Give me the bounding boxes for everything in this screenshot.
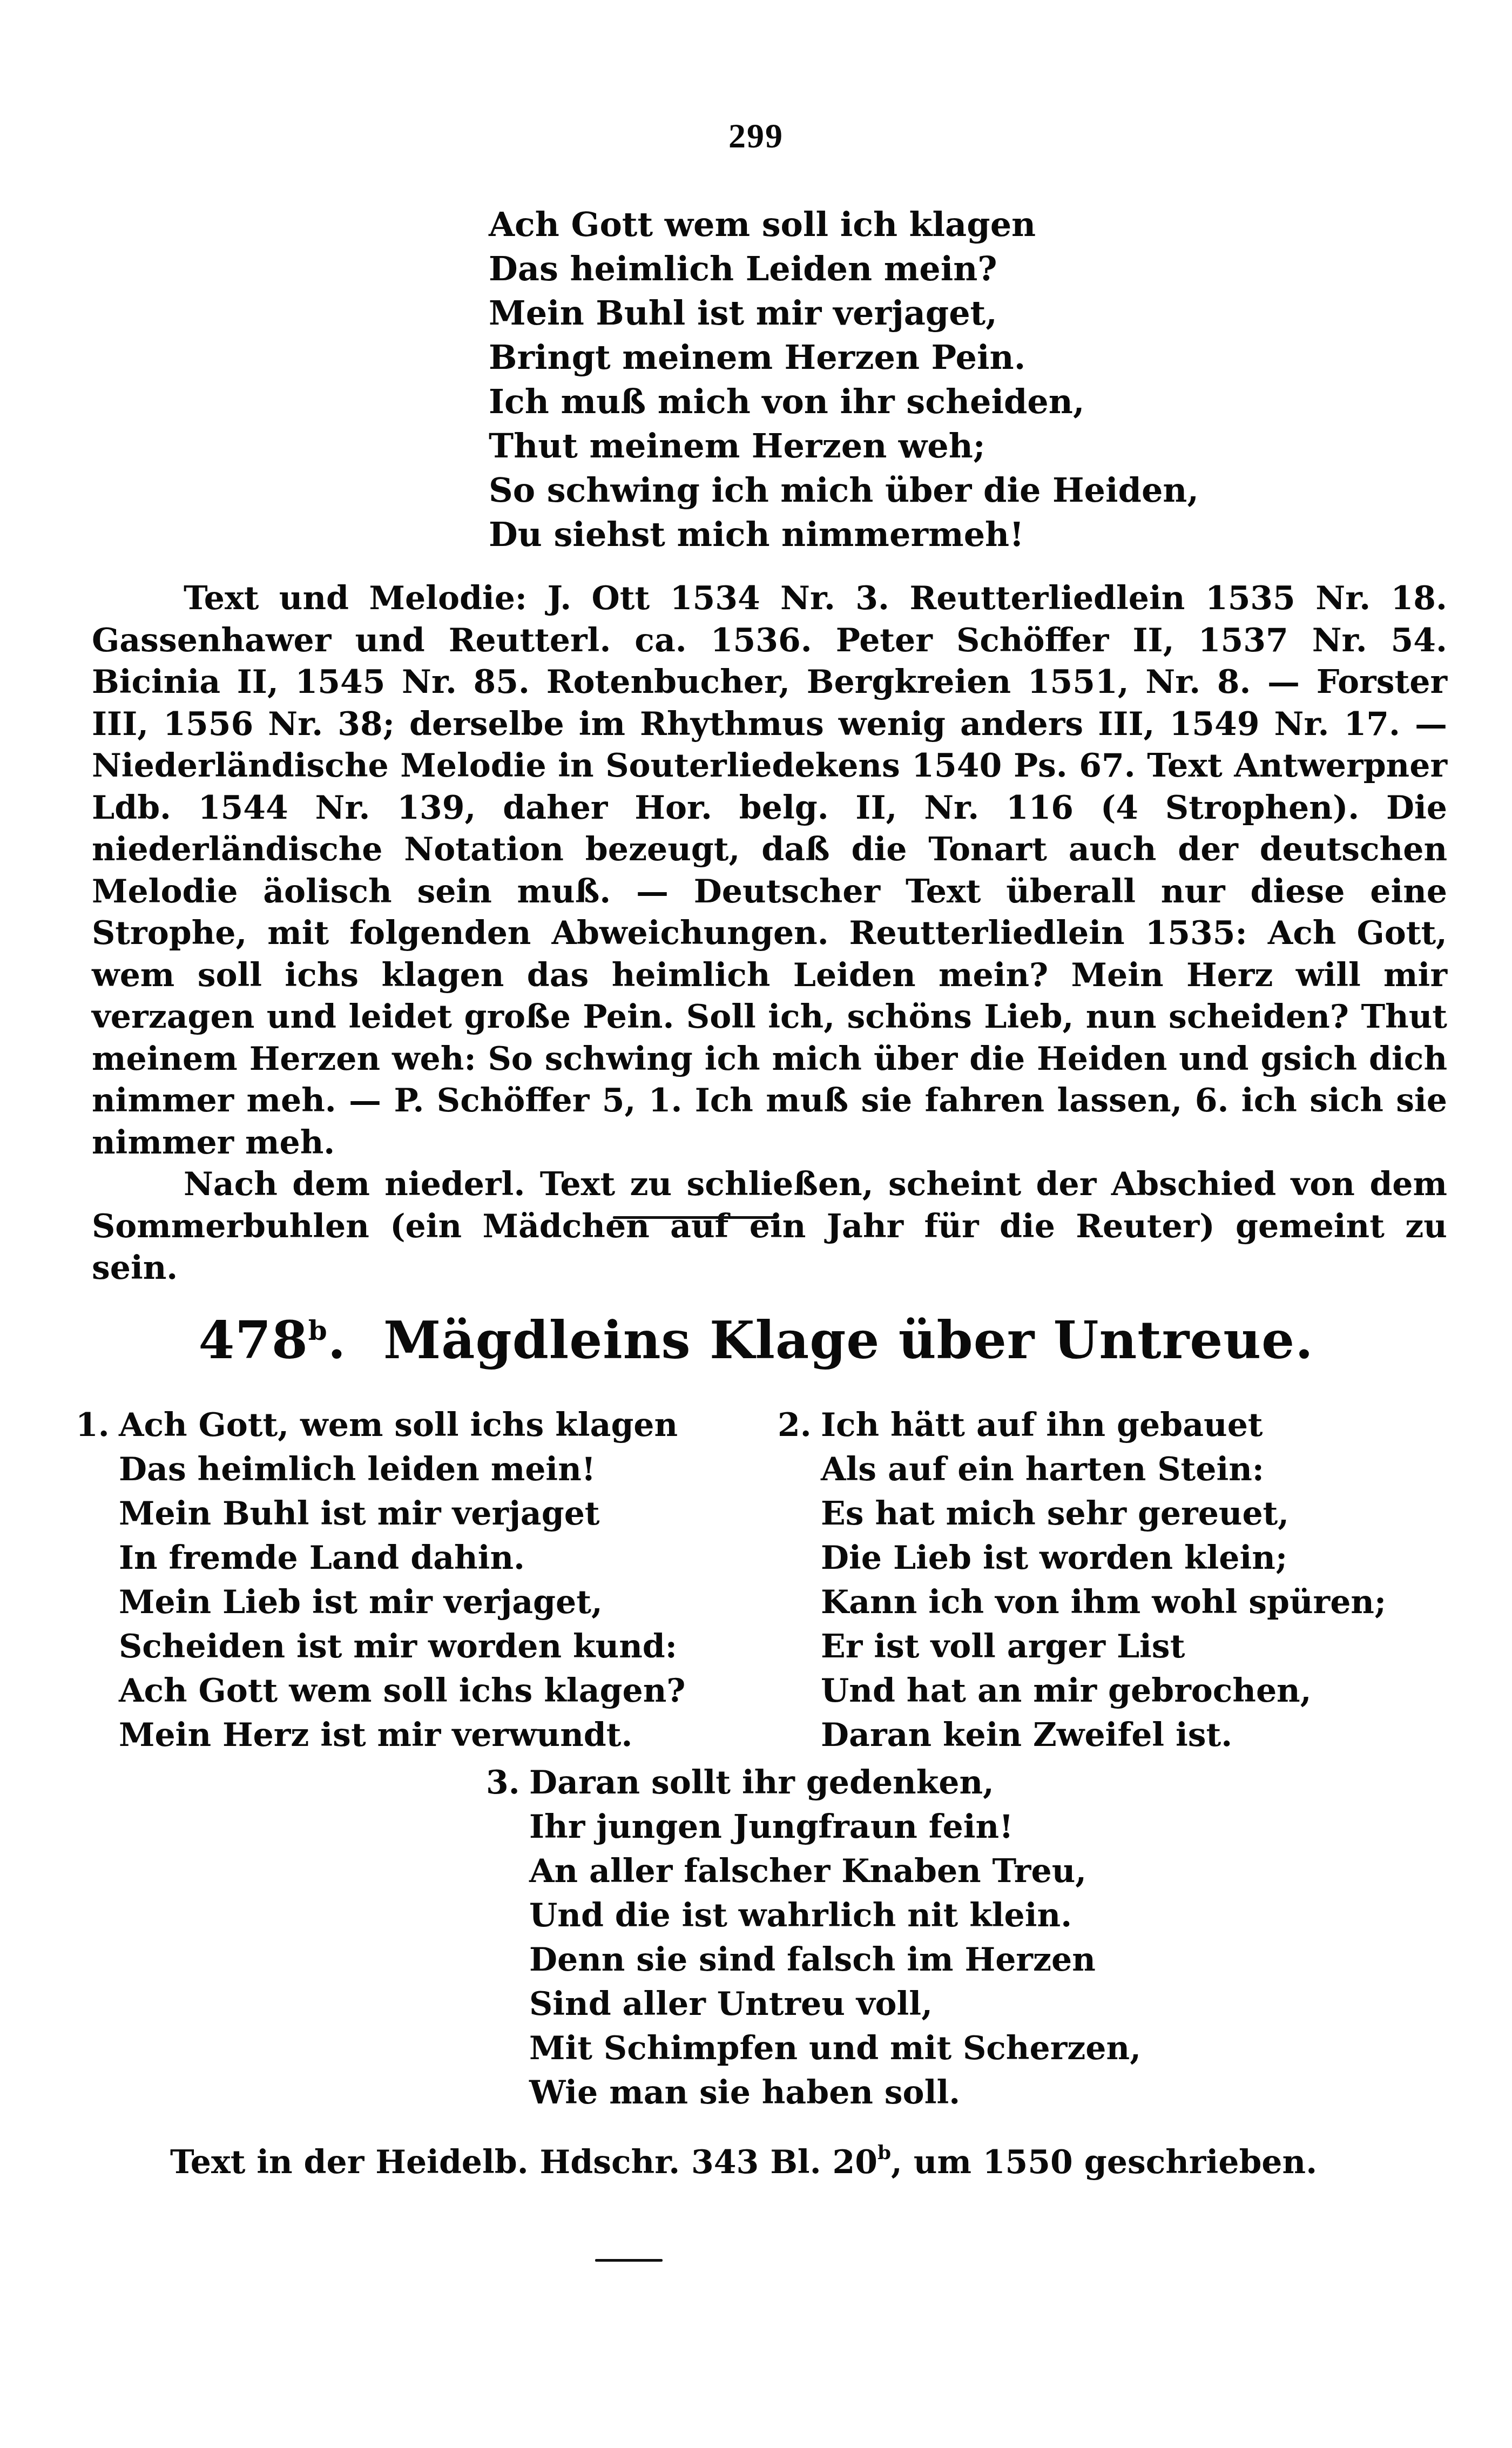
stanza-line: Ach Gott wem soll ichs klagen? — [119, 1669, 685, 1713]
stanza-line: Und die ist wahrlich nit klein. — [529, 1893, 1141, 1938]
stanza-line: Wie man sie haben soll. — [529, 2071, 1141, 2115]
stanza-line: Mein Buhl ist mir verjaget — [119, 1492, 685, 1536]
end-divider — [595, 2259, 663, 2262]
song-number-suffix: b — [308, 1314, 328, 1346]
source-sup: b — [878, 2141, 891, 2164]
stanza-line: In fremde Land dahin. — [119, 1536, 685, 1580]
stanza-line: An aller falscher Knaben Treu, — [529, 1849, 1141, 1893]
source-text-end: , um 1550 geschrieben. — [891, 2143, 1317, 2181]
poem-line: Thut meinem Herzen weh; — [489, 424, 1199, 468]
stanza-line: Mein Lieb ist mir verjaget, — [119, 1580, 685, 1624]
song-title: Mägdleins Klage über Untreue. — [383, 1310, 1314, 1371]
stanza-line: Scheiden ist mir worden kund: — [119, 1624, 685, 1669]
stanza-line: Daran sollt ihr gedenken, — [529, 1761, 1141, 1805]
section-divider — [613, 1216, 778, 1219]
stanza-line: Als auf ein harten Stein: — [821, 1447, 1386, 1492]
stanza-line: Er ist voll arger List — [821, 1624, 1386, 1669]
stanza-line: Und hat an mir gebrochen, — [821, 1669, 1386, 1713]
stanza-2: 2. Ich hätt auf ihn gebauet Als auf ein … — [778, 1403, 1386, 1757]
poem-line: Mein Buhl ist mir verjaget, — [489, 291, 1199, 335]
stanza-line: Mit Schimpfen und mit Scherzen, — [529, 2026, 1141, 2071]
stanza-line: Das heimlich leiden mein! — [119, 1447, 685, 1492]
poem-line: Bringt meinem Herzen Pein. — [489, 335, 1199, 380]
source-text: Text in der Heidelb. Hdschr. 343 Bl. 20 — [170, 2143, 878, 2181]
stanza-line: Ach Gott, wem soll ichs klagen — [119, 1403, 685, 1447]
page-number: 299 — [0, 116, 1512, 156]
poem-line: Das heimlich Leiden mein? — [489, 247, 1199, 291]
intro-poem: Ach Gott wem soll ich klagen Das heimlic… — [489, 203, 1199, 557]
poem-line: Du siehst mich nimmermeh! — [489, 512, 1199, 557]
song-heading: 478b. Mägdleins Klage über Untreue. — [0, 1310, 1512, 1371]
stanza-line: Die Lieb ist worden klein; — [821, 1536, 1386, 1580]
poem-line: So schwing ich mich über die Heiden, — [489, 468, 1199, 512]
stanza-1: 1. Ach Gott, wem soll ichs klagen Das he… — [76, 1403, 685, 1757]
stanza-number: 2. — [778, 1403, 812, 1447]
stanza-line: Es hat mich sehr gereuet, — [821, 1492, 1386, 1536]
stanza-3: 3. Daran sollt ihr gedenken, Ihr jungen … — [486, 1761, 1141, 2115]
stanza-line: Mein Herz ist mir verwundt. — [119, 1713, 685, 1757]
stanza-number: 3. — [486, 1761, 520, 1805]
notes-paragraph: Nach dem niederl. Text zu schließen, sch… — [92, 1164, 1447, 1290]
poem-line: Ach Gott wem soll ich klagen — [489, 203, 1199, 247]
stanza-line: Denn sie sind falsch im Herzen — [529, 1938, 1141, 1982]
stanza-line: Ihr jungen Jungfraun fein! — [529, 1805, 1141, 1849]
notes-paragraph: Text und Melodie: J. Ott 1534 Nr. 3. Reu… — [92, 578, 1447, 1164]
song-number: 478 — [198, 1310, 308, 1371]
editorial-notes: Text und Melodie: J. Ott 1534 Nr. 3. Reu… — [92, 578, 1447, 1290]
song-number-period: . — [328, 1310, 383, 1371]
stanza-line: Daran kein Zweifel ist. — [821, 1713, 1386, 1757]
stanza-line: Ich hätt auf ihn gebauet — [821, 1403, 1386, 1447]
stanza-line: Kann ich von ihm wohl spüren; — [821, 1580, 1386, 1624]
source-note: Text in der Heidelb. Hdschr. 343 Bl. 20b… — [170, 2141, 1358, 2181]
stanza-line: Sind aller Untreu voll, — [529, 1982, 1141, 2026]
poem-line: Ich muß mich von ihr scheiden, — [489, 380, 1199, 424]
stanza-number: 1. — [76, 1403, 110, 1447]
